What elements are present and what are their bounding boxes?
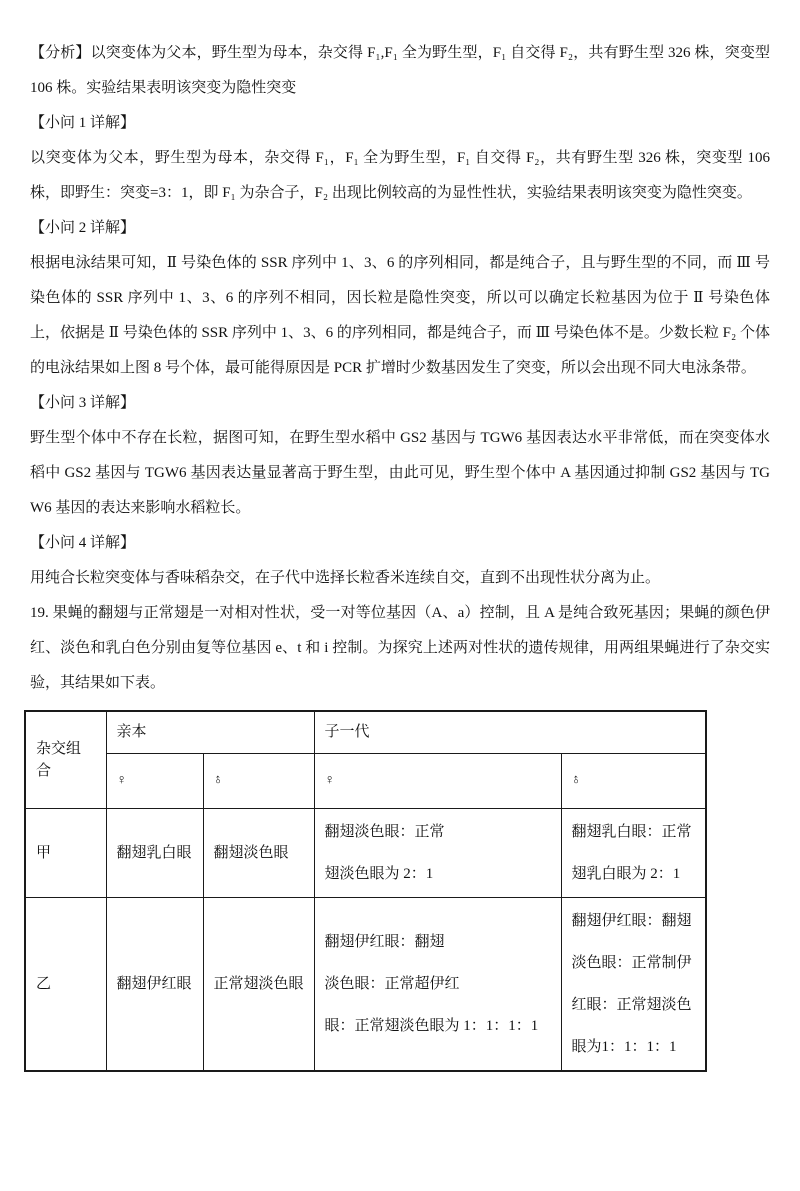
- analysis-paragraph: 【分析】以突变体为父本，野生型为母本，杂交得 F₁,F₁ 全为野生型，F₁ 自交…: [30, 36, 770, 106]
- parents-female-header: ♀: [106, 753, 203, 808]
- sub2-heading: 【小问 2 详解】: [30, 211, 770, 246]
- f1-female-cell: 翻翅淡色眼：正常 翅淡色眼为 2：1: [314, 808, 561, 897]
- female-icon: ♀: [117, 770, 128, 792]
- table-row: 甲 翻翅乳白眼 翻翅淡色眼 翻翅淡色眼：正常 翅淡色眼为 2：1 翻翅乳白眼：正…: [25, 808, 706, 897]
- sub1-body: 以突变体为父本，野生型为母本，杂交得 F₁，F₁ 全为野生型，F₁ 自交得 F₂…: [30, 141, 770, 211]
- table-corner-header: 杂交组合: [25, 711, 106, 808]
- question-19-intro: 19. 果蝇的翻翅与正常翅是一对相对性状，受一对等位基因（A、a）控制，且 A …: [30, 596, 770, 701]
- sub4-body: 用纯合长粒突变体与香味稻杂交，在子代中选择长粒香米连续自交，直到不出现性状分离为…: [30, 561, 770, 596]
- group-cell: 甲: [25, 808, 106, 897]
- parent-male-cell: 正常翅淡色眼: [203, 897, 314, 1071]
- parent-female-cell: 翻翅伊红眼: [106, 897, 203, 1071]
- sub1-heading: 【小问 1 详解】: [30, 106, 770, 141]
- table-offspring-header: 子一代: [314, 711, 706, 753]
- offspring-female-header: ♀: [314, 753, 561, 808]
- offspring-male-header: ♂: [561, 753, 706, 808]
- parent-female-cell: 翻翅乳白眼: [106, 808, 203, 897]
- male-icon: ♂: [565, 770, 588, 793]
- sub4-heading: 【小问 4 详解】: [30, 526, 770, 561]
- sub3-body: 野生型个体中不存在长粒，据图可知，在野生型水稻中 GS2 基因与 TGW6 基因…: [30, 421, 770, 526]
- table-parents-header: 亲本: [106, 711, 314, 753]
- group-cell: 乙: [25, 897, 106, 1071]
- table-row: 乙 翻翅伊红眼 正常翅淡色眼 翻翅伊红眼：翻翅 淡色眼：正常超伊红 眼：正常翅淡…: [25, 897, 706, 1071]
- f1-male-cell: 翻翅伊红眼：翻翅 淡色眼：正常制伊 红眼：正常翅淡色 眼为1：1：1：1: [561, 897, 706, 1071]
- female-icon: ♀: [325, 770, 336, 792]
- sub2-body: 根据电泳结果可知，Ⅱ 号染色体的 SSR 序列中 1、3、6 的序列相同，都是纯…: [30, 246, 770, 386]
- document-page: 【分析】以突变体为父本，野生型为母本，杂交得 F₁,F₁ 全为野生型，F₁ 自交…: [0, 0, 800, 1191]
- f1-female-cell: 翻翅伊红眼：翻翅 淡色眼：正常超伊红 眼：正常翅淡色眼为 1：1：1：1: [314, 897, 561, 1071]
- sub3-heading: 【小问 3 详解】: [30, 386, 770, 421]
- male-icon: ♂: [207, 770, 230, 793]
- parents-male-header: ♂: [203, 753, 314, 808]
- f1-male-cell: 翻翅乳白眼：正常 翅乳白眼为 2：1: [561, 808, 706, 897]
- cross-experiment-table: 杂交组合 亲本 子一代 ♀ ♂ ♀ ♂ 甲 翻翅乳白眼 翻翅淡色眼 翻翅淡色眼：…: [24, 710, 707, 1072]
- parent-male-cell: 翻翅淡色眼: [203, 808, 314, 897]
